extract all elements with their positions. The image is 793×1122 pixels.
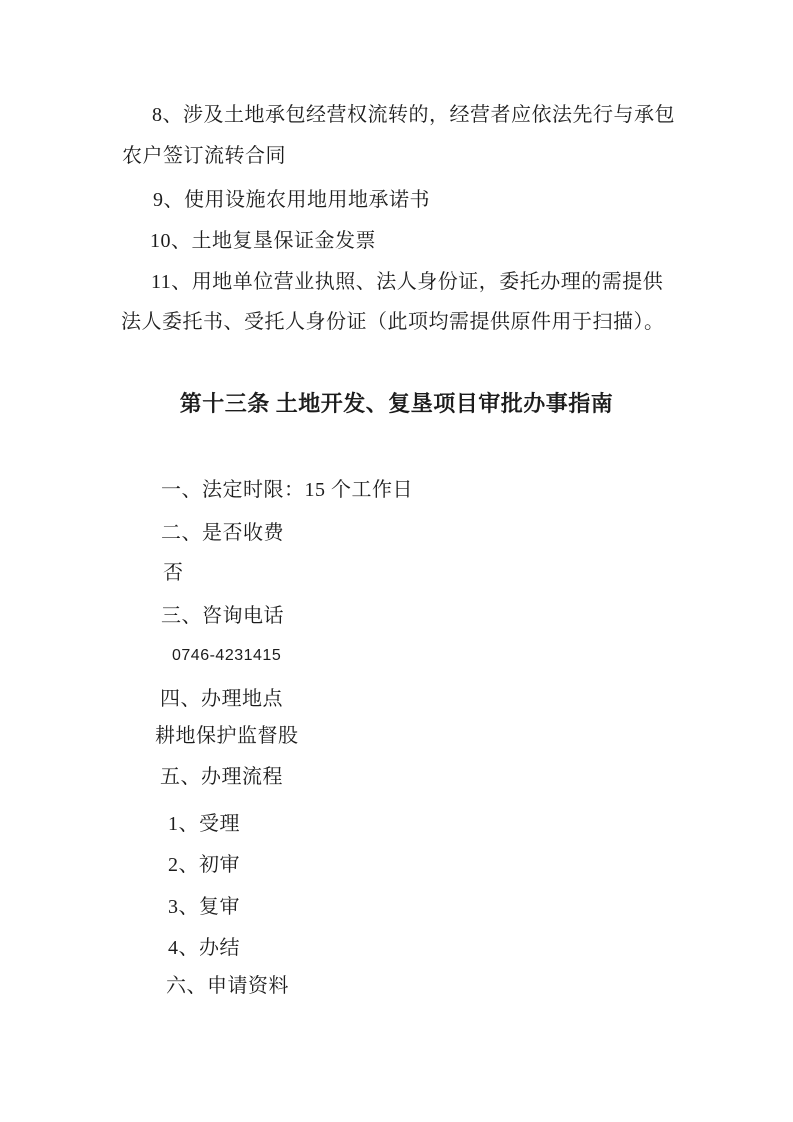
process-step-1: 1、受理 bbox=[168, 814, 240, 834]
time-limit-line: 一、法定时限：15 个工作日 bbox=[161, 480, 413, 500]
requirement-item-8-line-1: 8、涉及土地承包经营权流转的，经营者应依法先行与承包 bbox=[152, 105, 675, 125]
process-step-2: 2、初审 bbox=[168, 855, 240, 875]
materials-label: 六、申请资料 bbox=[166, 976, 289, 996]
requirement-item-11-line-2: 法人委托书、受托人身份证（此项均需提供原件用于扫描）。 bbox=[121, 312, 665, 332]
process-step-4: 4、办结 bbox=[168, 938, 240, 958]
location-value: 耕地保护监督股 bbox=[155, 726, 299, 746]
process-step-3: 3、复审 bbox=[168, 897, 240, 917]
requirement-item-8-line-2: 农户签订流转合同 bbox=[122, 146, 286, 166]
fee-answer: 否 bbox=[163, 563, 184, 583]
process-label: 五、办理流程 bbox=[160, 767, 283, 787]
fee-label: 二、是否收费 bbox=[161, 523, 284, 543]
document-page: 8、涉及土地承包经营权流转的，经营者应依法先行与承包 农户签订流转合同 9、使用… bbox=[0, 0, 793, 1122]
section-heading-article-13: 第十三条 土地开发、复垦项目审批办事指南 bbox=[0, 393, 793, 415]
requirement-item-9: 9、使用设施农用地用地承诺书 bbox=[153, 190, 430, 210]
location-label: 四、办理地点 bbox=[160, 689, 283, 709]
requirement-item-10: 10、土地复垦保证金发票 bbox=[150, 231, 376, 251]
requirement-item-11-line-1: 11、用地单位营业执照、法人身份证，委托办理的需提供 bbox=[151, 272, 663, 292]
phone-number: 0746-4231415 bbox=[172, 648, 281, 664]
phone-label: 三、咨询电话 bbox=[161, 606, 284, 626]
